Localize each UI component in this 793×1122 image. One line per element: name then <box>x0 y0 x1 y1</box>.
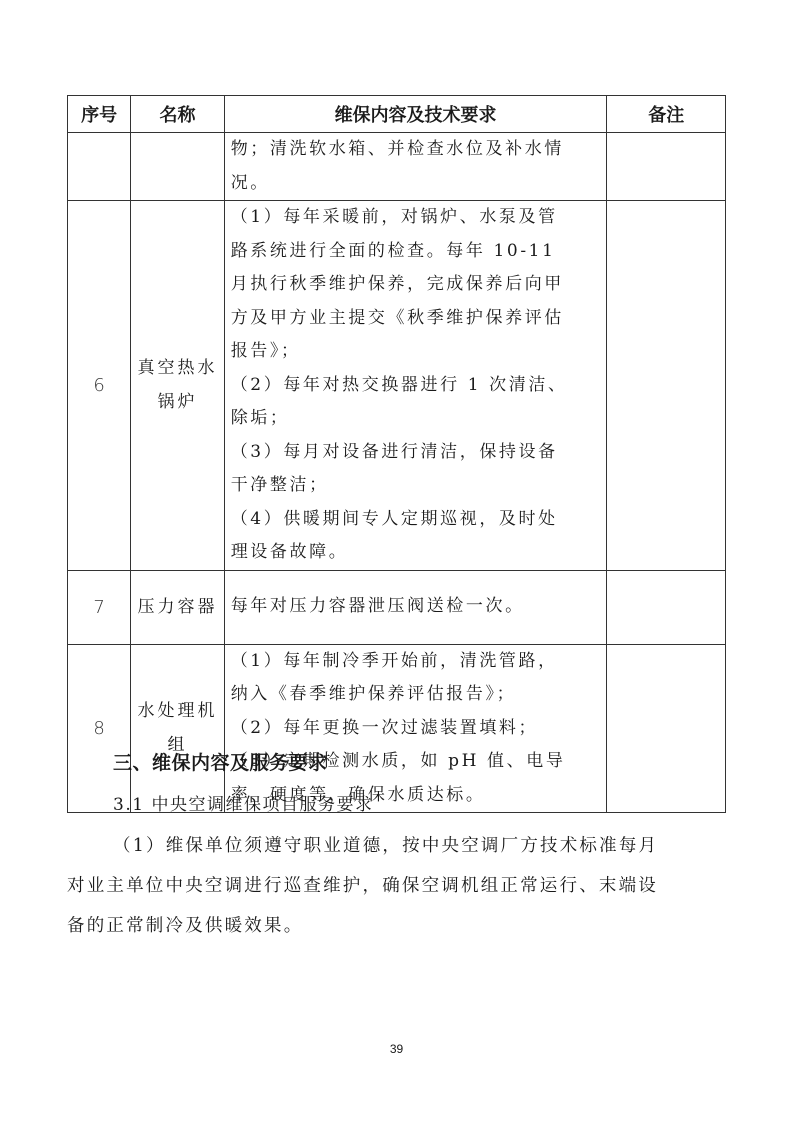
table-row: 物；清洗软水箱、并检查水位及补水情 况。 <box>68 133 726 201</box>
row-name: 真空热水锅炉 <box>131 201 224 571</box>
row-remark <box>607 201 726 571</box>
maintenance-table: 序号 名称 维保内容及技术要求 备注 物；清洗软水箱、并检查水位及补水情 况。 … <box>67 95 726 813</box>
table-row: 7 压力容器 每年对压力容器泄压阀送检一次。 <box>68 570 726 644</box>
row-name: 压力容器 <box>131 570 224 644</box>
row-content: 每年对压力容器泄压阀送检一次。 <box>224 570 607 644</box>
row-no: 8 <box>68 644 131 813</box>
row-no: 7 <box>68 570 131 644</box>
row-content: （1）每年制冷季开始前，清洗管路， 纳入《春季维护保养评估报告》； （2）每年更… <box>224 644 607 813</box>
row-no <box>68 133 131 201</box>
row-name <box>131 133 224 201</box>
row-content: （1）每年采暖前，对锅炉、水泵及管 路系统进行全面的检查。每年 10-11 月执… <box>224 201 607 571</box>
row-remark <box>607 644 726 813</box>
header-content: 维保内容及技术要求 <box>224 96 607 133</box>
row-remark <box>607 570 726 644</box>
section-heading: 三、维保内容及服务要求 <box>113 748 328 775</box>
header-remark: 备注 <box>607 96 726 133</box>
body-paragraph: （1）维保单位须遵守职业道德，按中央空调厂方技术标准每月 对业主单位中央空调进行… <box>67 826 732 946</box>
row-name: 水处理机组 <box>131 644 224 813</box>
page-number: 39 <box>0 1042 793 1056</box>
table-row: 8 水处理机组 （1）每年制冷季开始前，清洗管路， 纳入《春季维护保养评估报告》… <box>68 644 726 813</box>
row-content: 物；清洗软水箱、并检查水位及补水情 况。 <box>224 133 607 201</box>
row-no: 6 <box>68 201 131 571</box>
table-row: 6 真空热水锅炉 （1）每年采暖前，对锅炉、水泵及管 路系统进行全面的检查。每年… <box>68 201 726 571</box>
header-no: 序号 <box>68 96 131 133</box>
table-header-row: 序号 名称 维保内容及技术要求 备注 <box>68 96 726 133</box>
header-name: 名称 <box>131 96 224 133</box>
row-remark <box>607 133 726 201</box>
subsection-heading: 3.1 中央空调维保项目服务要求 <box>113 790 373 815</box>
